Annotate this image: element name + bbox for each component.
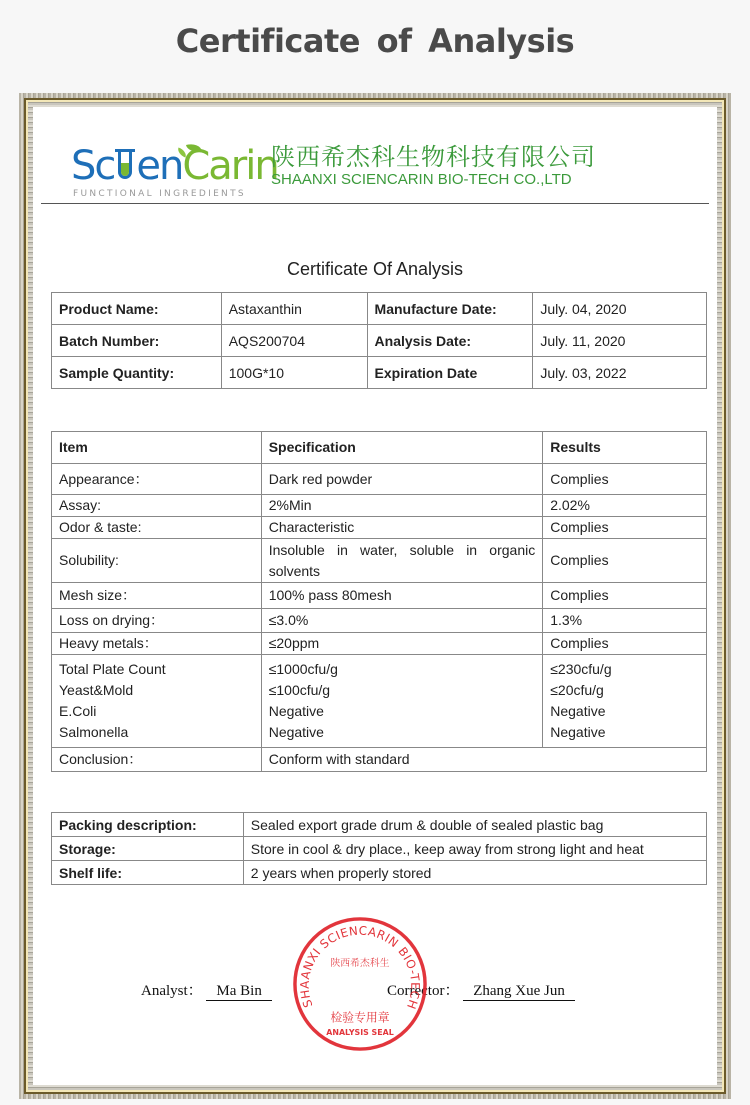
spec-row: Loss on drying：≤3.0%1.3% [52, 609, 707, 633]
spec-item: Appearance： [52, 464, 262, 495]
info-value: July. 11, 2020 [533, 325, 707, 357]
micro-line: ≤1000cfu/g [269, 659, 536, 680]
spec-value: 100% pass 80mesh [261, 583, 543, 609]
spec-value: Insoluble in water, soluble in organic s… [261, 539, 543, 583]
spec-result: Complies [543, 583, 707, 609]
seal-bottom-text: ANALYSIS SEAL [326, 1028, 393, 1037]
spec-row: Appearance：Dark red powderComplies [52, 464, 707, 495]
spec-result: 1.3% [543, 609, 707, 633]
conclusion-row: Conclusion：Conform with standard [52, 748, 707, 772]
micro-line: Negative [550, 701, 699, 722]
packing-value: 2 years when properly stored [243, 861, 706, 885]
spec-row: Solubility:Insoluble in water, soluble i… [52, 539, 707, 583]
spec-row: Odor & taste:CharacteristicComplies [52, 517, 707, 539]
packing-row: Packing description:Sealed export grade … [52, 813, 707, 837]
spec-value: Characteristic [261, 517, 543, 539]
analyst-signature: Analyst： Ma Bin [141, 979, 272, 1001]
micro-line: ≤100cfu/g [269, 680, 536, 701]
packing-value: Sealed export grade drum & double of sea… [243, 813, 706, 837]
spec-value: Dark red powder [261, 464, 543, 495]
spec-item: Solubility: [52, 539, 262, 583]
conclusion-value: Conform with standard [261, 748, 706, 772]
spec-item: Assay: [52, 495, 262, 517]
spec-value: ≤3.0% [261, 609, 543, 633]
spec-value: 2%Min [261, 495, 543, 517]
info-label: Analysis Date: [367, 325, 533, 357]
info-value: Astaxanthin [221, 293, 367, 325]
product-info-table: Product Name:AstaxanthinManufacture Date… [51, 292, 707, 389]
corrector-name: Zhang Xue Jun [463, 983, 575, 1001]
micro-line: Negative [269, 722, 536, 743]
company-logo: ScenCarin FUNCTIONAL INGREDIENTS [71, 135, 251, 207]
info-row: Batch Number:AQS200704Analysis Date:July… [52, 325, 707, 357]
micro-line: ≤230cfu/g [550, 659, 699, 680]
spec-row: Heavy metals：≤20ppmComplies [52, 633, 707, 655]
micro-items: Total Plate CountYeast&MoldE.ColiSalmone… [52, 655, 262, 748]
packing-label: Storage: [52, 837, 244, 861]
packing-label: Packing description: [52, 813, 244, 837]
micro-line: Negative [269, 701, 536, 722]
certificate-paper: ScenCarin FUNCTIONAL INGREDIENTS 陕西希杰科生物… [33, 107, 717, 1085]
microbiology-row: Total Plate CountYeast&MoldE.ColiSalmone… [52, 655, 707, 748]
spec-item: Heavy metals： [52, 633, 262, 655]
packing-row: Storage:Store in cool & dry place., keep… [52, 837, 707, 861]
spec-row: Mesh size：100% pass 80meshComplies [52, 583, 707, 609]
spec-header-row: ItemSpecificationResults [52, 432, 707, 464]
spec-result: Complies [543, 464, 707, 495]
packing-table: Packing description:Sealed export grade … [51, 812, 707, 885]
spec-result: Complies [543, 633, 707, 655]
info-label: Sample Quantity: [52, 357, 222, 389]
company-name-chinese: 陕西希杰科生物科技有限公司 [271, 137, 596, 172]
info-value: July. 04, 2020 [533, 293, 707, 325]
packing-label: Shelf life: [52, 861, 244, 885]
logo-tagline: FUNCTIONAL INGREDIENTS [73, 189, 246, 199]
micro-results: ≤230cfu/g≤20cfu/gNegativeNegative [543, 655, 707, 748]
micro-line: Yeast&Mold [59, 680, 254, 701]
micro-line: E.Coli [59, 701, 254, 722]
micro-line: Salmonella [59, 722, 254, 743]
analysis-seal-stamp: SHAANXI SCIENCARIN BIO-TECH CO.,LTD 检验专用… [291, 915, 429, 1053]
info-label: Batch Number: [52, 325, 222, 357]
seal-inner-chinese: 陕西希杰科生 [330, 956, 389, 969]
micro-line: Negative [550, 722, 699, 743]
micro-line: Total Plate Count [59, 659, 254, 680]
info-value: July. 03, 2022 [533, 357, 707, 389]
spec-value: ≤20ppm [261, 633, 543, 655]
spec-item: Odor & taste: [52, 517, 262, 539]
info-row: Sample Quantity:100G*10Expiration DateJu… [52, 357, 707, 389]
spec-item: Mesh size： [52, 583, 262, 609]
info-value: 100G*10 [221, 357, 367, 389]
test-tube-leaf-icon [115, 147, 135, 181]
logo-wordmark: ScenCarin [71, 141, 278, 191]
spec-item: Loss on drying： [52, 609, 262, 633]
spec-result: Complies [543, 539, 707, 583]
info-value: AQS200704 [221, 325, 367, 357]
document-title: Certificate Of Analysis [33, 259, 717, 280]
conclusion-label: Conclusion： [52, 748, 262, 772]
company-name-english: SHAANXI SCIENCARIN BIO-TECH CO.,LTD [271, 171, 572, 188]
spec-row: Assay:2%Min2.02% [52, 495, 707, 517]
info-row: Product Name:AstaxanthinManufacture Date… [52, 293, 707, 325]
spec-result: Complies [543, 517, 707, 539]
column-header: Specification [261, 432, 543, 464]
info-label: Expiration Date [367, 357, 533, 389]
column-header: Results [543, 432, 707, 464]
column-header: Item [52, 432, 262, 464]
header-divider [41, 203, 709, 204]
page-heading: Certificate of Analysis [0, 22, 750, 60]
micro-line: ≤20cfu/g [550, 680, 699, 701]
info-label: Product Name: [52, 293, 222, 325]
seal-center-text: 检验专用章 [330, 1010, 389, 1024]
packing-row: Shelf life:2 years when properly stored [52, 861, 707, 885]
spec-result: 2.02% [543, 495, 707, 517]
packing-value: Store in cool & dry place., keep away fr… [243, 837, 706, 861]
info-label: Manufacture Date: [367, 293, 533, 325]
certificate-frame: ScenCarin FUNCTIONAL INGREDIENTS 陕西希杰科生物… [19, 93, 731, 1099]
micro-specs: ≤1000cfu/g≤100cfu/gNegativeNegative [261, 655, 543, 748]
specification-table: ItemSpecificationResultsAppearance：Dark … [51, 431, 707, 772]
analyst-name: Ma Bin [206, 983, 271, 1001]
